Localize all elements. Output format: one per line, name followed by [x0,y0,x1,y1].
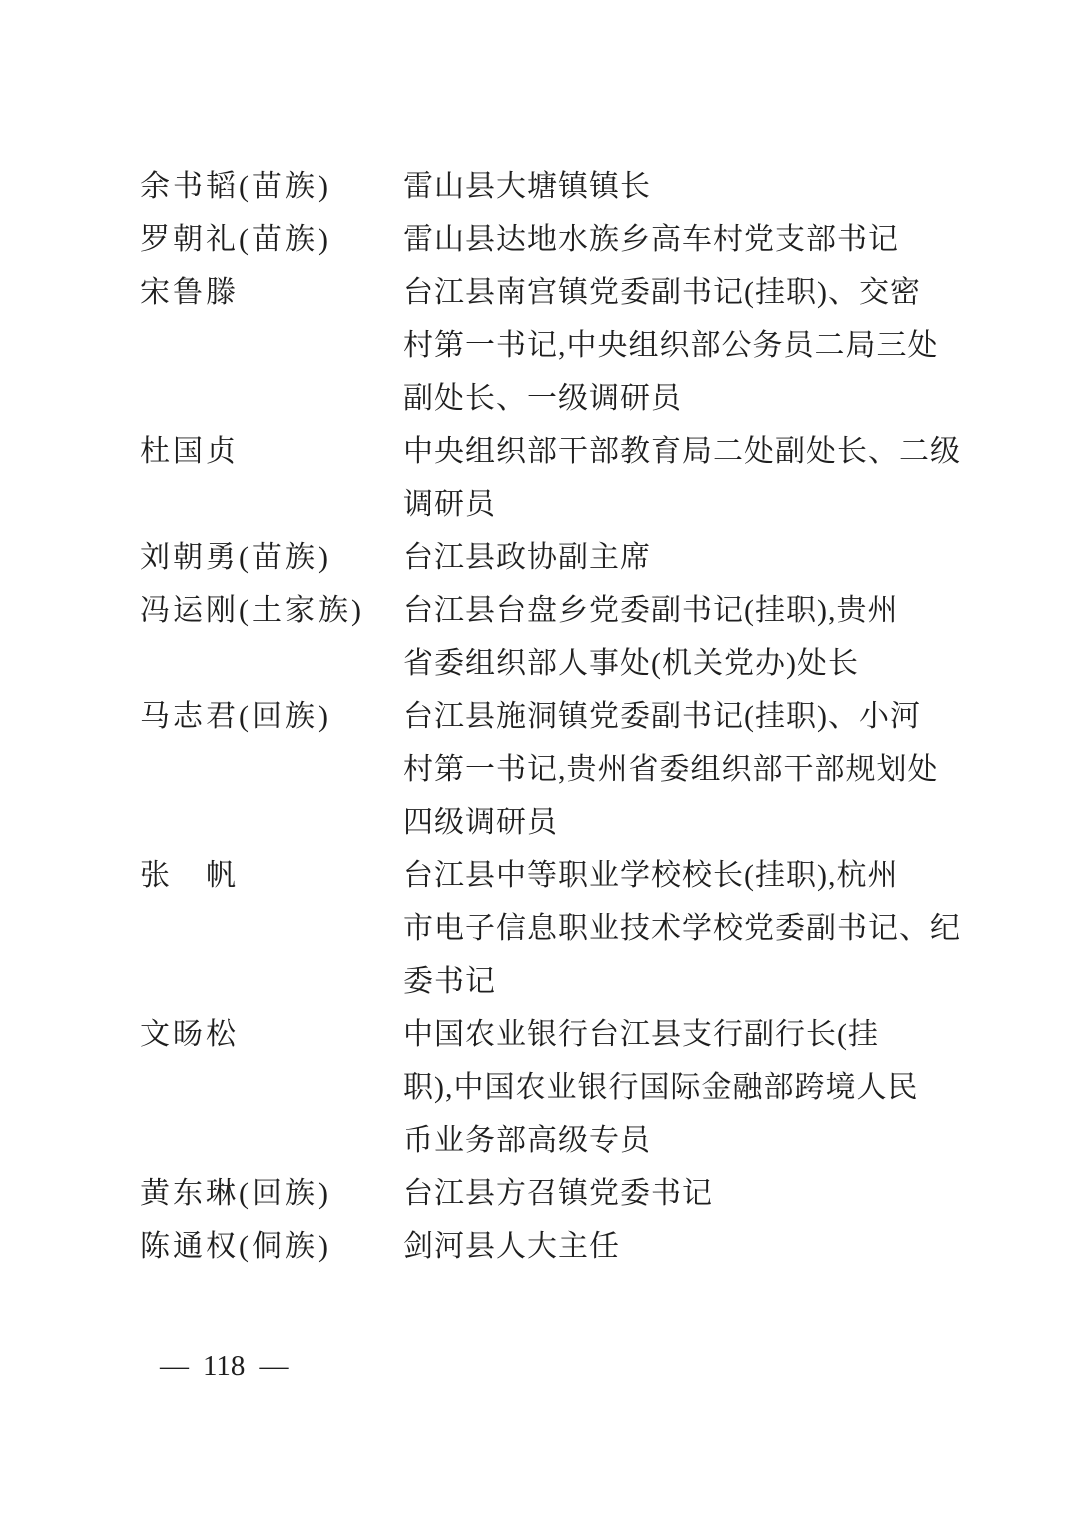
roster-entry: 陈通权(侗族) 剑河县人大主任 [140,1220,960,1273]
position-line: 四级调研员 [403,796,960,849]
position-description: 雷山县达地水族乡高车村党支部书记 [403,213,960,266]
position-line: 台江县台盘乡党委副书记(挂职),贵州 [403,584,960,637]
position-description: 中央组织部干部教育局二处副处长、二级调研员 [403,425,961,531]
position-description: 台江县中等职业学校校长(挂职),杭州市电子信息职业技术学校党委副书记、纪委书记 [403,849,961,1008]
position-line: 村第一书记,贵州省委组织部干部规划处 [403,743,960,796]
person-name: 张 帆 [140,849,403,902]
position-line: 省委组织部人事处(机关党办)处长 [403,637,960,690]
position-line: 中央组织部干部教育局二处副处长、二级 [403,425,961,478]
position-line: 副处长、一级调研员 [403,372,960,425]
position-description: 台江县台盘乡党委副书记(挂职),贵州省委组织部人事处(机关党办)处长 [403,584,960,690]
person-name: 宋鲁滕 [140,266,403,319]
roster-entry: 马志君(回族) 台江县施洞镇党委副书记(挂职)、小河村第一书记,贵州省委组织部干… [140,690,960,849]
position-description: 台江县南宫镇党委副书记(挂职)、交密村第一书记,中央组织部公务员二局三处副处长、… [403,266,960,425]
roster-entry: 杜国贞 中央组织部干部教育局二处副处长、二级调研员 [140,425,960,531]
position-description: 台江县施洞镇党委副书记(挂职)、小河村第一书记,贵州省委组织部干部规划处四级调研… [403,690,960,849]
person-name: 文旸松 [140,1008,403,1061]
person-name: 陈通权(侗族) [140,1220,403,1273]
person-name: 余书韬(苗族) [140,160,403,213]
position-line: 中国农业银行台江县支行副行长(挂 [403,1008,960,1061]
position-line: 台江县中等职业学校校长(挂职),杭州 [403,849,961,902]
position-line: 雷山县达地水族乡高车村党支部书记 [403,213,960,266]
position-line: 台江县南宫镇党委副书记(挂职)、交密 [403,266,960,319]
position-line: 台江县方召镇党委书记 [403,1167,960,1220]
footer-dash-left: — [160,1346,189,1386]
page-number: 118 [203,1346,245,1386]
roster-entry: 文旸松 中国农业银行台江县支行副行长(挂职),中国农业银行国际金融部跨境人民币业… [140,1008,960,1167]
person-name: 罗朝礼(苗族) [140,213,403,266]
position-line: 剑河县人大主任 [403,1220,960,1273]
footer-dash-right: — [259,1346,288,1386]
person-name: 刘朝勇(苗族) [140,531,403,584]
page-footer: — 118 — [160,1346,288,1386]
roster-entry: 宋鲁滕 台江县南宫镇党委副书记(挂职)、交密村第一书记,中央组织部公务员二局三处… [140,266,960,425]
position-description: 剑河县人大主任 [403,1220,960,1273]
roster-entry: 刘朝勇(苗族) 台江县政协副主席 [140,531,960,584]
position-line: 币业务部高级专员 [403,1114,960,1167]
position-line: 市电子信息职业技术学校党委副书记、纪 [403,902,961,955]
position-line: 委书记 [403,955,961,1008]
roster-entry: 黄东琳(回族) 台江县方召镇党委书记 [140,1167,960,1220]
position-line: 台江县政协副主席 [403,531,960,584]
document-page: 余书韬(苗族) 雷山县大塘镇镇长 罗朝礼(苗族) 雷山县达地水族乡高车村党支部书… [0,0,1080,1527]
roster-entry: 余书韬(苗族) 雷山县大塘镇镇长 [140,160,960,213]
position-line: 职),中国农业银行国际金融部跨境人民 [403,1061,960,1114]
person-name: 黄东琳(回族) [140,1167,403,1220]
roster-entry: 张 帆 台江县中等职业学校校长(挂职),杭州市电子信息职业技术学校党委副书记、纪… [140,849,960,1008]
person-name: 杜国贞 [140,425,403,478]
person-name: 马志君(回族) [140,690,403,743]
position-line: 村第一书记,中央组织部公务员二局三处 [403,319,960,372]
position-description: 台江县方召镇党委书记 [403,1167,960,1220]
position-line: 台江县施洞镇党委副书记(挂职)、小河 [403,690,960,743]
roster-list: 余书韬(苗族) 雷山县大塘镇镇长 罗朝礼(苗族) 雷山县达地水族乡高车村党支部书… [140,160,960,1273]
position-description: 台江县政协副主席 [403,531,960,584]
roster-entry: 冯运刚(土家族) 台江县台盘乡党委副书记(挂职),贵州省委组织部人事处(机关党办… [140,584,960,690]
person-name: 冯运刚(土家族) [140,584,403,637]
position-line: 调研员 [403,478,961,531]
roster-entry: 罗朝礼(苗族) 雷山县达地水族乡高车村党支部书记 [140,213,960,266]
position-line: 雷山县大塘镇镇长 [403,160,960,213]
position-description: 中国农业银行台江县支行副行长(挂职),中国农业银行国际金融部跨境人民币业务部高级… [403,1008,960,1167]
position-description: 雷山县大塘镇镇长 [403,160,960,213]
